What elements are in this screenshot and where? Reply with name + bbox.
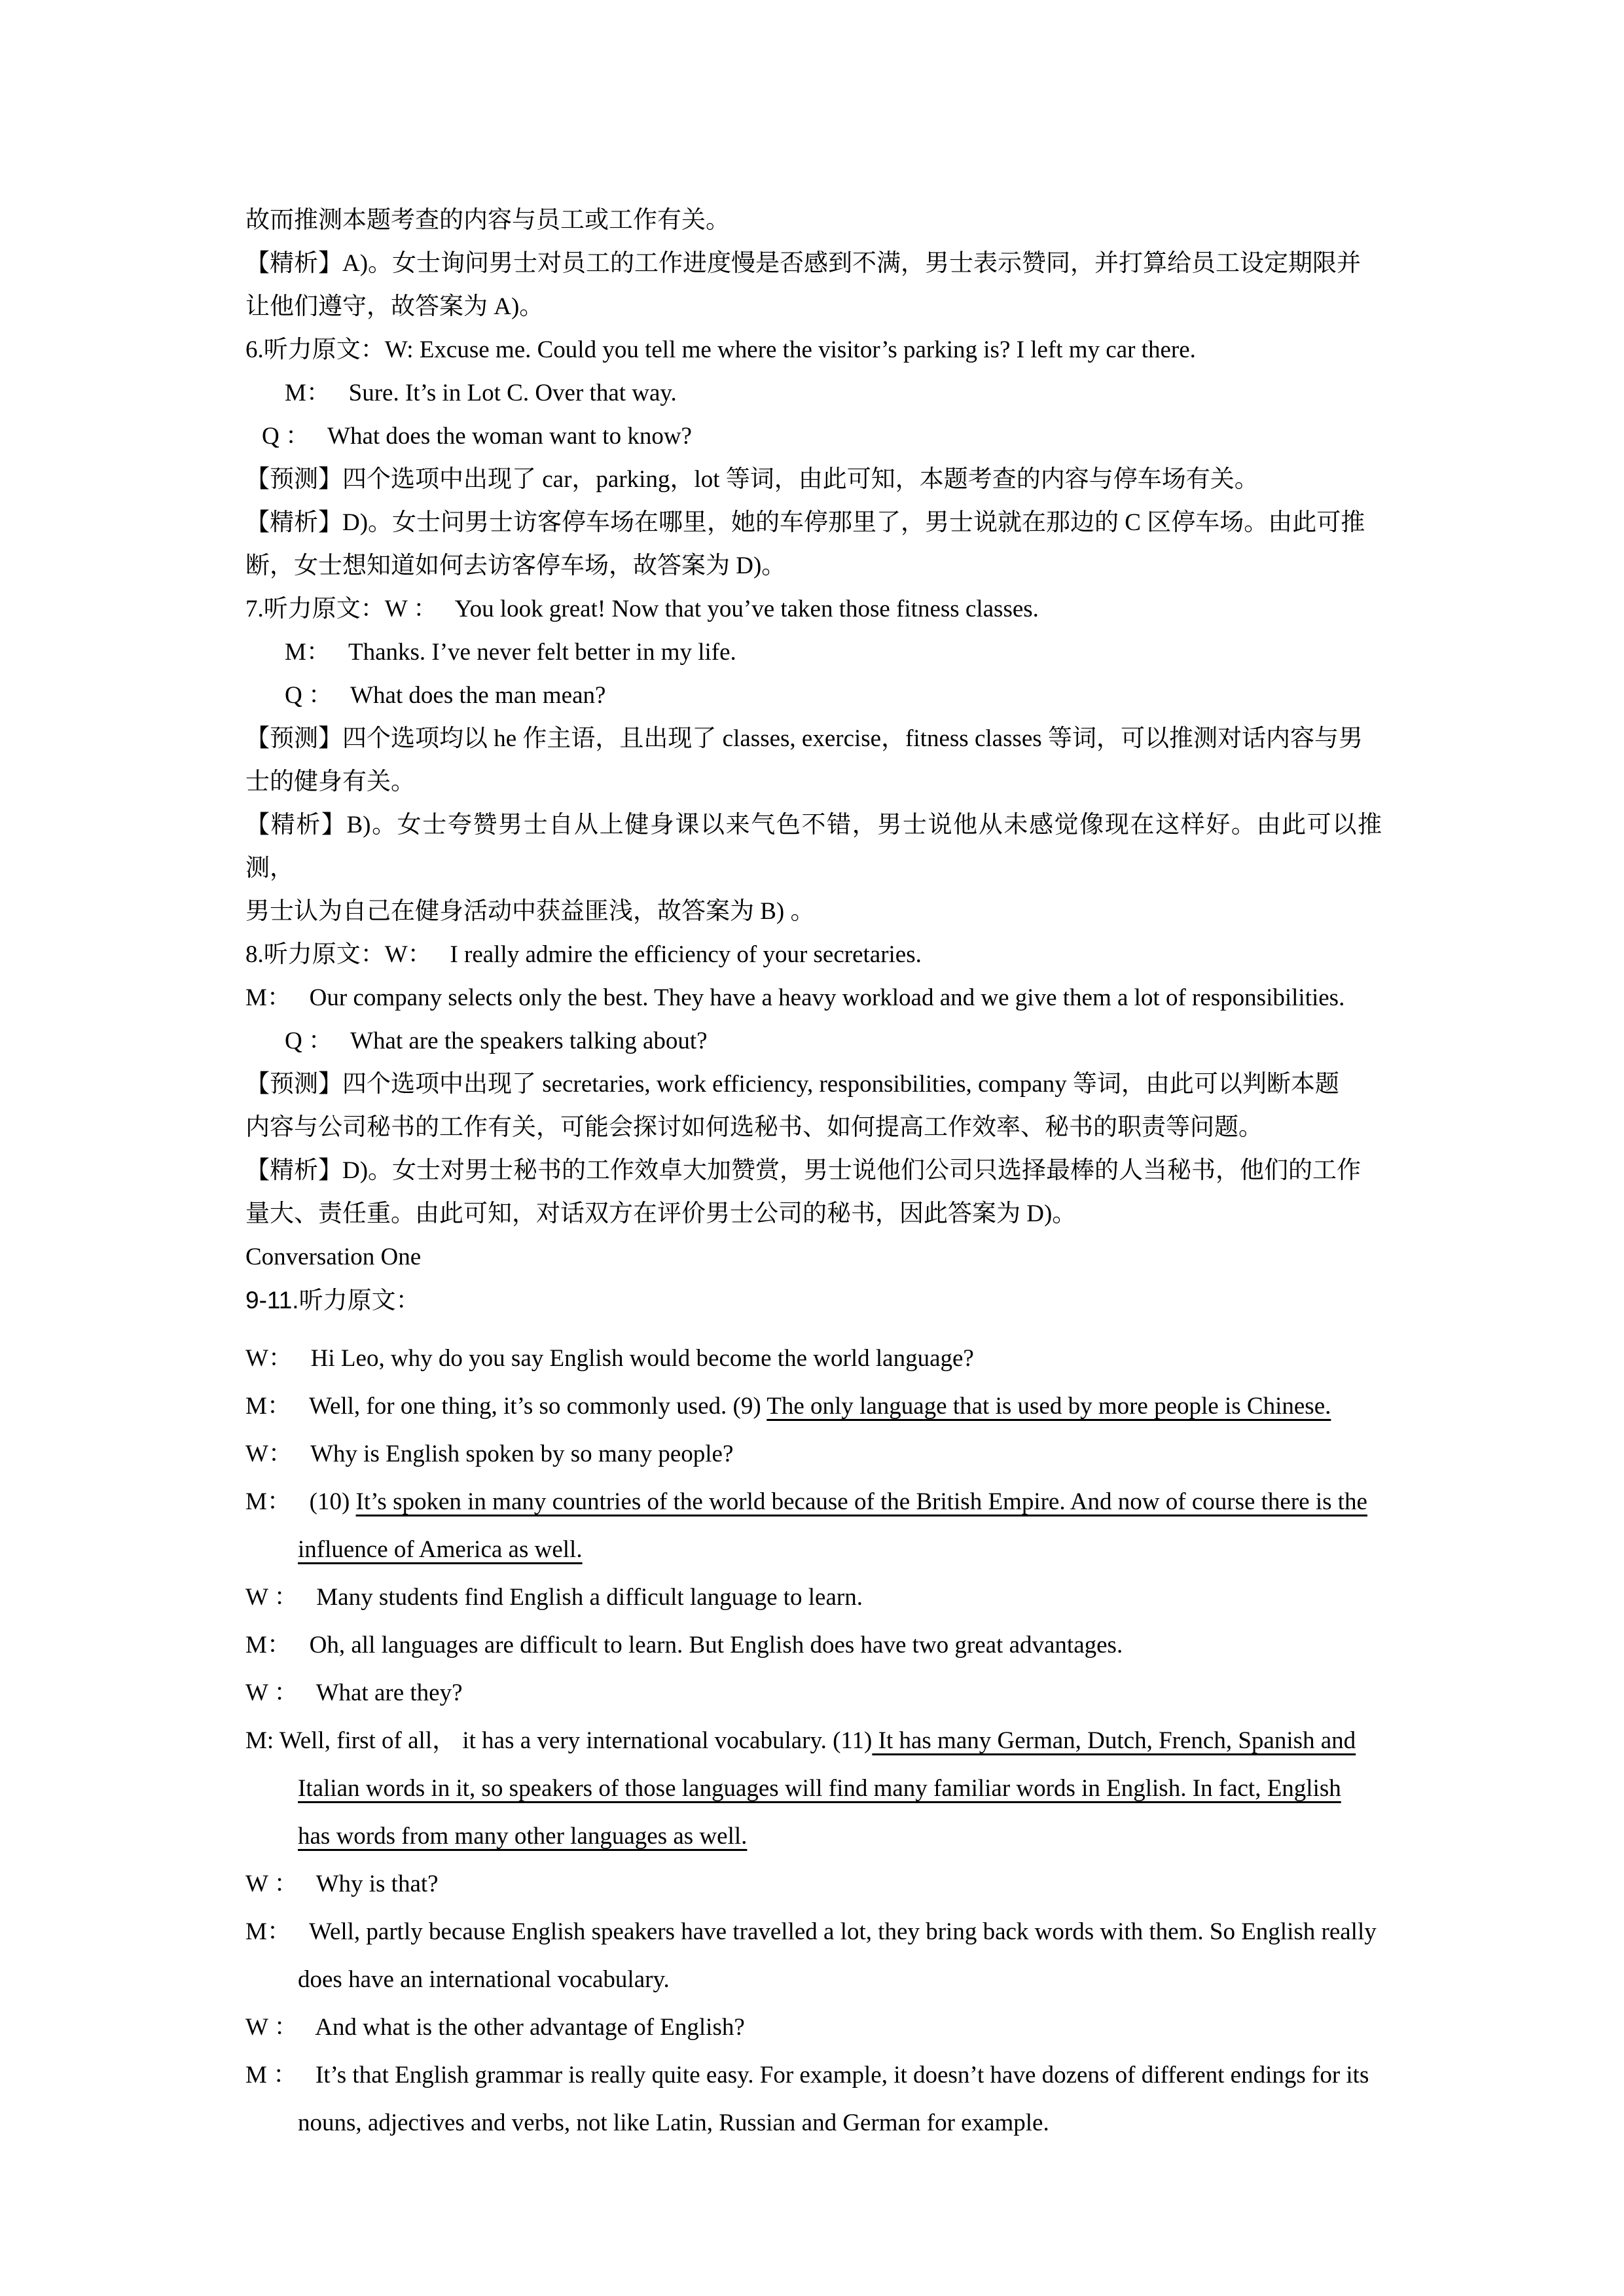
text: 【预测】四个选项中出现了 car，parking，lot 等词，由此可知，本题考… <box>245 466 1259 493</box>
text: M： Our company selects only the best. Th… <box>245 984 1344 1011</box>
text: 内容与公司秘书的工作有关，可能会探讨如何选秘书、如何提高工作效率、秘书的职责等问… <box>245 1114 1263 1141</box>
item5-analysis-cont: 让他们遵守，故答案为 A)。 <box>245 285 1382 329</box>
text: 【精析】B)。女士夸赞男士自从上健身课以来气色不错，男士说他从未感觉像现在这样好… <box>245 812 1382 882</box>
conversation-one-heading: Conversation One <box>245 1236 1382 1279</box>
text: 【预测】四个选项均以 he 作主语，且出现了 classes, exercise… <box>245 725 1363 752</box>
conv1-m4: M: Well, first of all， it has a very int… <box>245 1717 1382 1765</box>
conv1-w4: W ： What are they? <box>245 1669 1382 1717</box>
text: M： (10) <box>245 1488 356 1515</box>
text: W： Hi Leo, why do you say English would … <box>245 1345 974 1372</box>
item8-transcript-w: 8.听力原文：W： I really admire the efficiency… <box>245 933 1382 977</box>
document-page: 故而推测本题考查的内容与员工或工作有关。 【精析】A)。女士询问男士对员工的工作… <box>0 0 1624 2296</box>
text: M： Oh, all languages are difficult to le… <box>245 1632 1123 1659</box>
item8-prediction: 【预测】四个选项中出现了 secretaries, work efficienc… <box>245 1063 1382 1106</box>
conv1-w2: W： Why is English spoken by so many peop… <box>245 1430 1382 1478</box>
item6-prediction: 【预测】四个选项中出现了 car，parking，lot 等词，由此可知，本题考… <box>245 458 1382 501</box>
item8-prediction-cont: 内容与公司秘书的工作有关，可能会探讨如何选秘书、如何提高工作效率、秘书的职责等问… <box>245 1106 1382 1149</box>
underlined-answer-11: It has many German, Dutch, French, Spani… <box>872 1727 1356 1754</box>
conv1-m3: M： Oh, all languages are difficult to le… <box>245 1621 1382 1669</box>
text: 听力原文： <box>299 1287 420 1314</box>
conv1-w5: W ： Why is that? <box>245 1860 1382 1908</box>
item7-prediction: 【预测】四个选项均以 he 作主语，且出现了 classes, exercise… <box>245 717 1382 761</box>
text: W ： What are they? <box>245 1679 463 1706</box>
underlined-answer-11-cont2: has words from many other languages as w… <box>298 1823 747 1850</box>
text: 【预测】四个选项中出现了 secretaries, work efficienc… <box>245 1071 1339 1098</box>
conv1-w1: W： Hi Leo, why do you say English would … <box>245 1335 1382 1382</box>
item7-analysis: 【精析】B)。女士夸赞男士自从上健身课以来气色不错，男士说他从未感觉像现在这样好… <box>245 804 1382 890</box>
conv1-m1: M： Well, for one thing, it’s so commonly… <box>245 1382 1382 1430</box>
text: 【精析】A)。女士询问男士对员工的工作进度慢是否感到不满，男士表示赞同，并打算给… <box>245 250 1361 277</box>
item7-prediction-cont: 士的健身有关。 <box>245 761 1382 804</box>
text: W ： And what is the other advantage of E… <box>245 2014 745 2041</box>
items9-11-transcript-label: 9-11.听力原文： <box>245 1279 1382 1323</box>
item6-transcript-m: M： Sure. It’s in Lot C. Over that way. <box>245 372 1382 415</box>
conv1-w3: W ： Many students find English a difficu… <box>245 1573 1382 1621</box>
text: nouns, adjectives and verbs, not like La… <box>298 2109 1049 2136</box>
text: Conversation One <box>245 1244 421 1270</box>
text: 6.听力原文：W: Excuse me. Could you tell me w… <box>245 336 1196 363</box>
conv1-m4-cont1: Italian words in it, so speakers of thos… <box>245 1765 1382 1812</box>
item6-analysis-cont: 断，女士想知道如何去访客停车场，故答案为 D)。 <box>245 545 1382 588</box>
item8-transcript-q: Q ： What are the speakers talking about? <box>245 1020 1382 1063</box>
underlined-answer-10: It’s spoken in many countries of the wor… <box>356 1488 1367 1515</box>
conv1-m2-cont: influence of America as well. <box>245 1526 1382 1573</box>
text: 士的健身有关。 <box>245 768 415 795</box>
text: 7.听力原文：W ： You look great! Now that you’… <box>245 596 1039 622</box>
text: W： Why is English spoken by so many peop… <box>245 1441 733 1467</box>
conv1-m2: M： (10) It’s spoken in many countries of… <box>245 1478 1382 1526</box>
item6-analysis: 【精析】D)。女士问男士访客停车场在哪里，她的车停那里了，男士说就在那边的 C … <box>245 501 1382 545</box>
conversation-one-transcript: W： Hi Leo, why do you say English would … <box>245 1335 1382 2147</box>
underlined-answer-10-cont: influence of America as well. <box>298 1536 583 1563</box>
conv1-m6-cont: nouns, adjectives and verbs, not like La… <box>245 2099 1382 2147</box>
text: 故而推测本题考查的内容与员工或工作有关。 <box>245 207 730 234</box>
text: M： Well, partly because English speakers… <box>245 1918 1377 1945</box>
text: M： Thanks. I’ve never felt better in my … <box>285 639 736 666</box>
text: does have an international vocabulary. <box>298 1966 670 1993</box>
item7-transcript-w: 7.听力原文：W ： You look great! Now that you’… <box>245 588 1382 631</box>
conv1-w6: W ： And what is the other advantage of E… <box>245 2003 1382 2051</box>
text: W ： Why is that? <box>245 1871 439 1897</box>
conv1-m5: M： Well, partly because English speakers… <box>245 1908 1382 1956</box>
text: 男士认为自己在健身活动中获益匪浅，故答案为 B) 。 <box>245 898 815 925</box>
text: Q ： What are the speakers talking about? <box>285 1028 708 1054</box>
text: 【精析】D)。女士问男士访客停车场在哪里，她的车停那里了，男士说就在那边的 C … <box>245 509 1365 536</box>
item6-transcript-q: Q ： What does the woman want to know? <box>245 415 1382 458</box>
item8-analysis-cont: 量大、责任重。由此可知，对话双方在评价男士公司的秘书，因此答案为 D)。 <box>245 1193 1382 1236</box>
text: 【精析】D)。女士对男士秘书的工作效卓大加赞赏，男士说他们公司只选择最棒的人当秘… <box>245 1157 1361 1184</box>
text: 让他们遵守，故答案为 A)。 <box>245 293 543 320</box>
conv1-m4-cont2: has words from many other languages as w… <box>245 1812 1382 1860</box>
item5-analysis: 【精析】A)。女士询问男士对员工的工作进度慢是否感到不满，男士表示赞同，并打算给… <box>245 242 1382 285</box>
item6-transcript-w: 6.听力原文：W: Excuse me. Could you tell me w… <box>245 329 1382 372</box>
text: 量大、责任重。由此可知，对话双方在评价男士公司的秘书，因此答案为 D)。 <box>245 1200 1076 1227</box>
item7-analysis-cont: 男士认为自己在健身活动中获益匪浅，故答案为 B) 。 <box>245 890 1382 933</box>
underlined-answer-9: The only language that is used by more p… <box>767 1393 1331 1420</box>
text: Q ： What does the woman want to know? <box>262 423 692 450</box>
item7-transcript-m: M： Thanks. I’ve never felt better in my … <box>245 631 1382 674</box>
text: Q ： What does the man mean? <box>285 682 605 709</box>
text: M ： It’s that English grammar is really … <box>245 2062 1369 2089</box>
text: W ： Many students find English a difficu… <box>245 1584 863 1611</box>
item7-transcript-q: Q ： What does the man mean? <box>245 674 1382 717</box>
text: M： Well, for one thing, it’s so commonly… <box>245 1393 767 1420</box>
item8-transcript-m: M： Our company selects only the best. Th… <box>245 977 1382 1020</box>
text: 断，女士想知道如何去访客停车场，故答案为 D)。 <box>245 552 785 579</box>
text: M： Sure. It’s in Lot C. Over that way. <box>285 380 677 406</box>
text: 8.听力原文：W： I really admire the efficiency… <box>245 941 922 968</box>
conv1-m6: M ： It’s that English grammar is really … <box>245 2051 1382 2099</box>
underlined-answer-11-cont: Italian words in it, so speakers of thos… <box>298 1775 1341 1802</box>
item-number: 9-11. <box>245 1287 299 1314</box>
answer-explanations-section: 故而推测本题考查的内容与员工或工作有关。 【精析】A)。女士询问男士对员工的工作… <box>245 199 1382 1323</box>
conv1-m5-cont: does have an international vocabulary. <box>245 1956 1382 2003</box>
para-prediction-tail: 故而推测本题考查的内容与员工或工作有关。 <box>245 199 1382 242</box>
text: M: Well, first of all， it has a very int… <box>245 1727 872 1754</box>
item8-analysis: 【精析】D)。女士对男士秘书的工作效卓大加赞赏，男士说他们公司只选择最棒的人当秘… <box>245 1149 1382 1193</box>
